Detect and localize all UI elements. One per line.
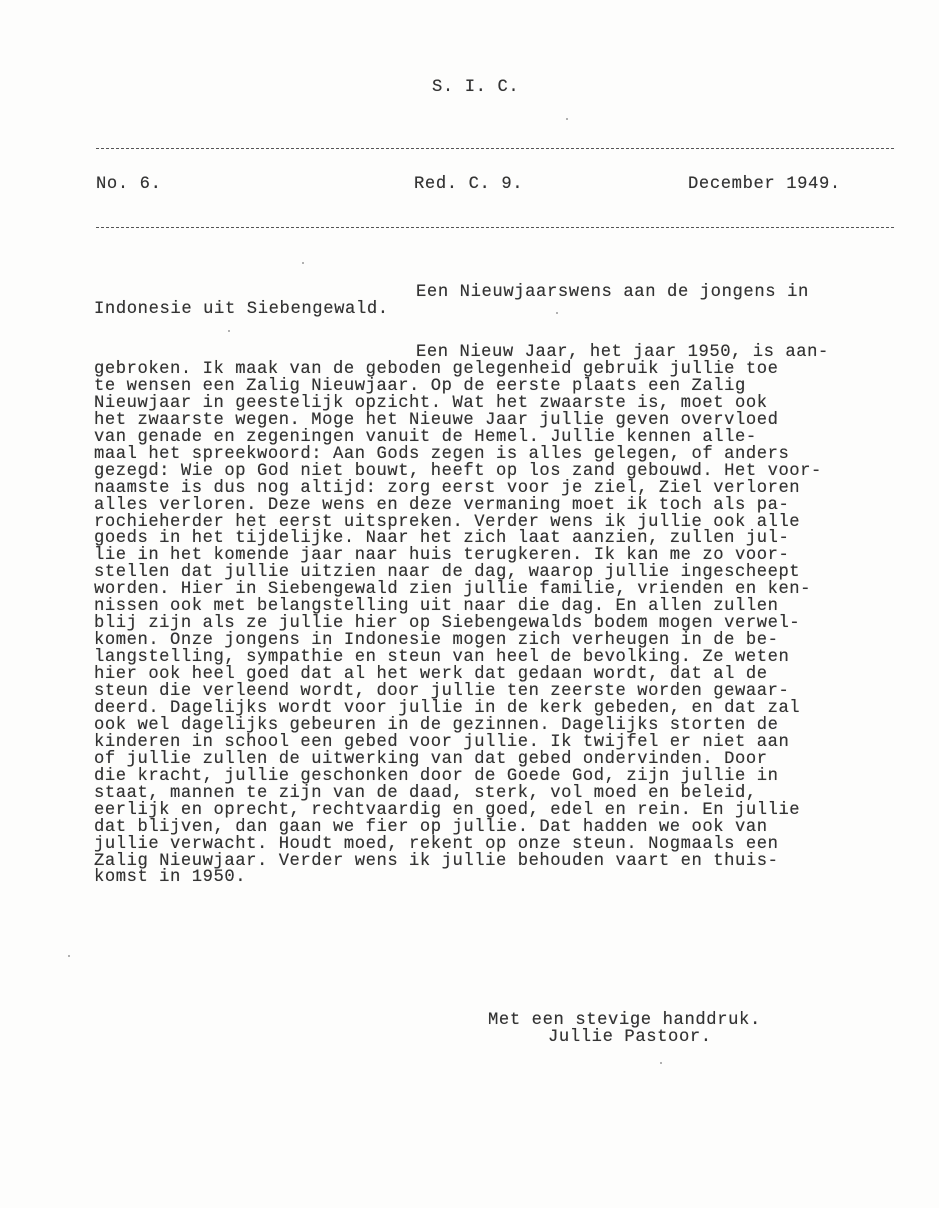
paper-speck: [68, 955, 70, 957]
letter-title-line1: Een Nieuwjaarswens aan de jongens in: [416, 283, 809, 302]
paper-speck: [228, 330, 230, 332]
org-heading: S. I. C.: [432, 78, 519, 97]
issue-number: No. 6.: [96, 175, 162, 194]
body-text-line: komst in 1950.: [94, 868, 246, 887]
letter-title-line2: Indonesie uit Siebengewald.: [94, 300, 389, 319]
issue-date: December 1949.: [688, 175, 841, 194]
paper-speck: [660, 1062, 662, 1064]
reference-code: Red. C. 9.: [414, 175, 523, 194]
dashed-rule-bottom: [96, 227, 894, 228]
paper-speck: [566, 118, 568, 120]
typewritten-page: S. I. C. No. 6. Red. C. 9. December 1949…: [0, 0, 939, 1208]
paper-speck: [302, 262, 304, 264]
paper-speck: [556, 312, 558, 314]
dashed-rule-top: [96, 148, 894, 149]
closing-signature: Jullie Pastoor.: [548, 1028, 712, 1047]
